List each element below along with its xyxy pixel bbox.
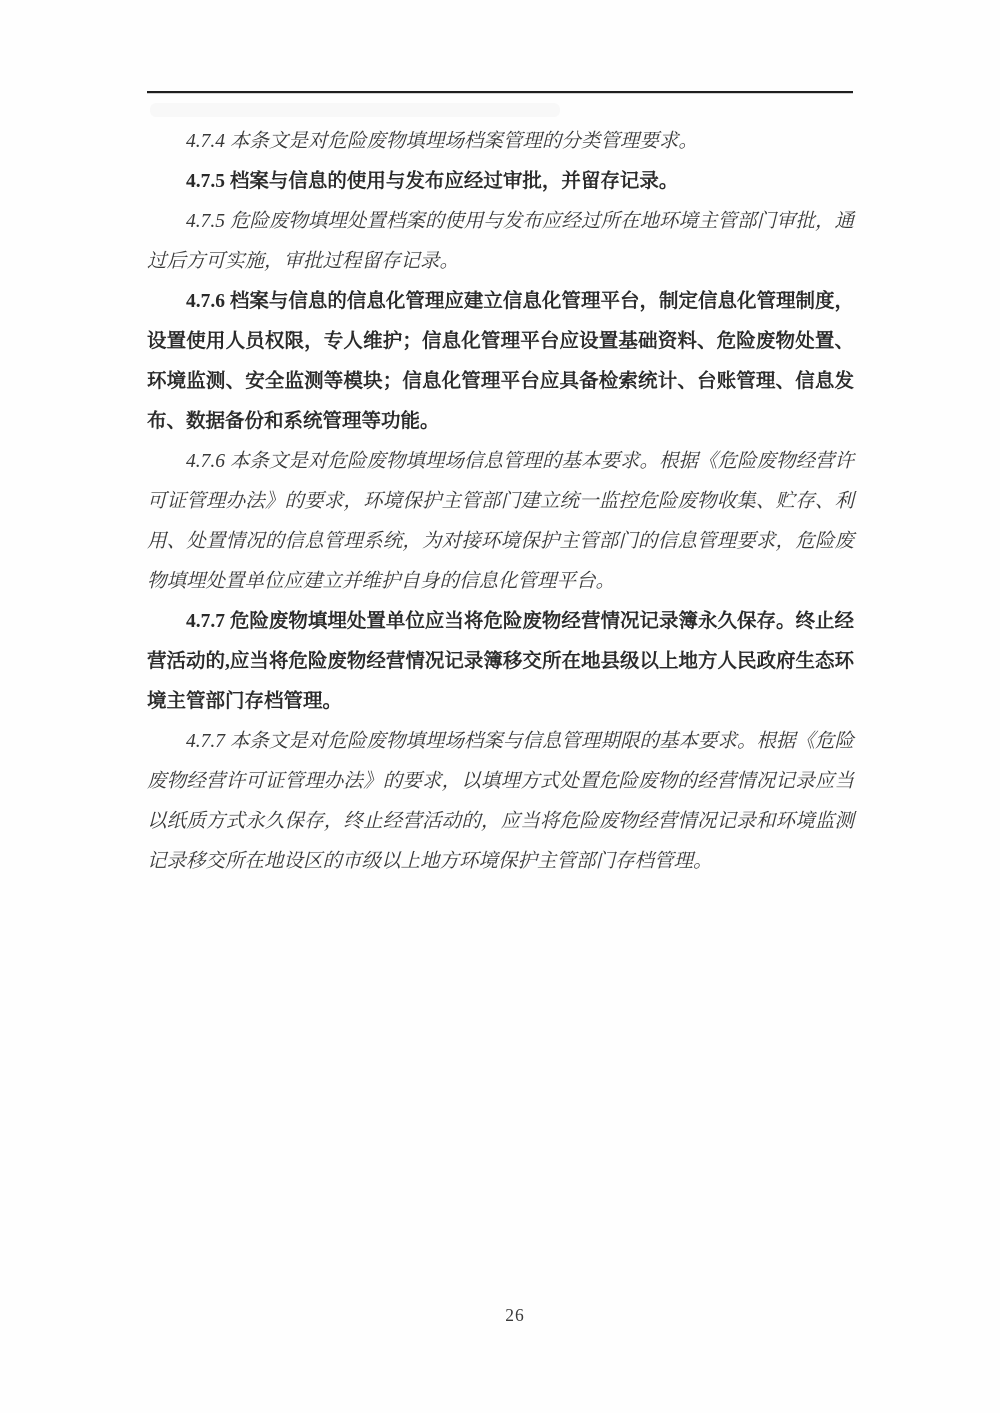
page-number: 26: [0, 1305, 1000, 1326]
document-page: 4.7.4 本条文是对危险废物填埋场档案管理的分类管理要求。 4.7.5 档案与…: [0, 0, 1000, 1413]
clause-4-7-6-commentary: 4.7.6 本条文是对危险废物填埋场信息管理的基本要求。根据《危险废物经营许可证…: [147, 442, 854, 602]
clause-4-7-7-commentary: 4.7.7 本条文是对危险废物填埋场档案与信息管理期限的基本要求。根据《危险废物…: [147, 722, 854, 882]
header-rule: [147, 91, 853, 93]
clause-4-7-5-commentary: 4.7.5 危险废物填埋处置档案的使用与发布应经过所在地环境主管部门审批，通过后…: [147, 202, 854, 282]
clause-4-7-7-normative: 4.7.7 危险废物填埋处置单位应当将危险废物经营情况记录簿永久保存。终止经营活…: [147, 602, 854, 722]
clause-4-7-4-commentary: 4.7.4 本条文是对危险废物填埋场档案管理的分类管理要求。: [147, 122, 854, 162]
clause-4-7-5-normative: 4.7.5 档案与信息的使用与发布应经过审批，并留存记录。: [147, 162, 854, 202]
clause-4-7-6-normative: 4.7.6 档案与信息的信息化管理应建立信息化管理平台，制定信息化管理制度，设置…: [147, 282, 854, 442]
page-body: 4.7.4 本条文是对危险废物填埋场档案管理的分类管理要求。 4.7.5 档案与…: [147, 122, 854, 882]
scan-smudge: [150, 103, 560, 117]
